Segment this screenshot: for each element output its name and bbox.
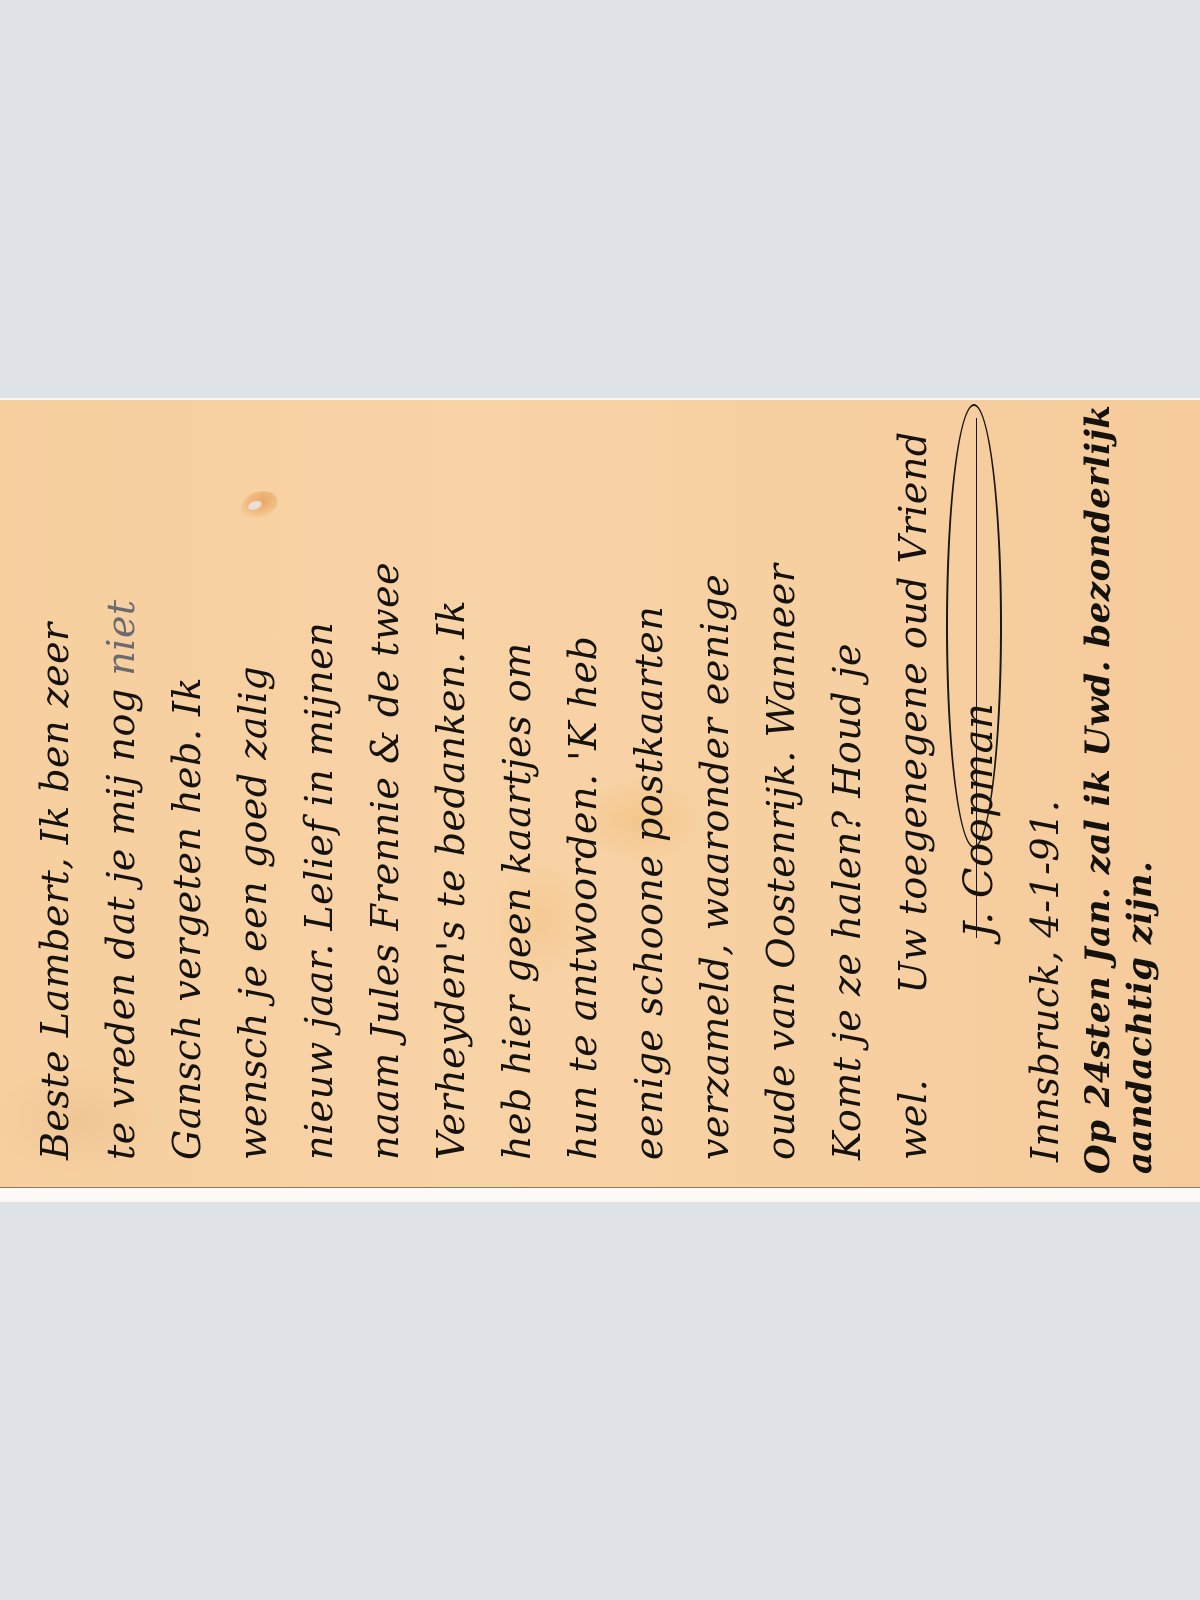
letter-line: Beste Lambert, Ik ben zeer — [22, 400, 88, 1188]
line-text: nieuw jaar. Lelief in mijnen — [297, 622, 341, 1160]
letter-body: Beste Lambert, Ik ben zeer te vreden dat… — [22, 400, 1162, 1188]
line-text: Beste Lambert, Ik ben zeer — [33, 622, 77, 1160]
place-date: Innsbruck, 4-1-91. — [1023, 800, 1067, 1162]
line-text: oude van Oostenrijk. Wanneer — [759, 564, 803, 1160]
place-date-line: Innsbruck, 4-1-91. — [1012, 400, 1078, 1188]
faded-word: niet — [99, 599, 143, 675]
letter-line: Komt je ze halen? Houd je — [814, 400, 880, 1188]
postscript-line: aandachtig zijn. — [1118, 400, 1162, 1188]
closing-word: wel. — [891, 1079, 935, 1160]
handwritten-text-area: Beste Lambert, Ik ben zeer te vreden dat… — [0, 400, 1200, 1188]
line-text: Gansch vergeten heb. Ik — [165, 677, 209, 1160]
letter-line: te vreden dat je mij nog niet — [88, 400, 154, 1188]
letter-line: wensch je een goed zalig — [220, 400, 286, 1188]
scan-frame: Beste Lambert, Ik ben zeer te vreden dat… — [0, 398, 1200, 1202]
letter-line: heb hier geen kaartjes om — [484, 400, 550, 1188]
letter-line: verzameld, waaronder eenige — [682, 400, 748, 1188]
signature-flourish — [946, 404, 1002, 848]
letter-line: Gansch vergeten heb. Ik — [154, 400, 220, 1188]
image-viewer: Beste Lambert, Ik ben zeer te vreden dat… — [0, 0, 1200, 1600]
closing-line: wel. Uw toegenegene oud Vriend — [880, 400, 946, 1188]
postscript-text: Op 24sten Jan. zal ik Uwd. bezonderlijk — [1078, 405, 1118, 1174]
line-text: hun te antwoorden. 'K heb — [561, 636, 605, 1160]
signature-line: J. Coopman — [946, 400, 1012, 1188]
line-text: heb hier geen kaartjes om — [495, 642, 539, 1160]
line-text: Verheyden's te bedanken. Ik — [429, 600, 473, 1160]
line-text: Komt je ze halen? Houd je — [825, 643, 869, 1160]
line-text: eenige schoone postkaarten — [627, 606, 671, 1160]
letter-line: Verheyden's te bedanken. Ik — [418, 400, 484, 1188]
closing-text: Uw toegenegene oud Vriend — [891, 431, 935, 993]
letter-line: naam Jules Frennie & de twee — [352, 400, 418, 1188]
line-text: wensch je een goed zalig — [231, 666, 275, 1160]
postcard: Beste Lambert, Ik ben zeer te vreden dat… — [0, 400, 1200, 1188]
letter-line: oude van Oostenrijk. Wanneer — [748, 400, 814, 1188]
line-text: te vreden dat je mij nog — [99, 676, 143, 1160]
letter-line: nieuw jaar. Lelief in mijnen — [286, 400, 352, 1188]
letter-line: eenige schoone postkaarten — [616, 400, 682, 1188]
line-text: naam Jules Frennie & de twee — [363, 562, 407, 1160]
line-text: verzameld, waaronder eenige — [693, 574, 737, 1160]
letter-line: hun te antwoorden. 'K heb — [550, 400, 616, 1188]
postscript-line: Op 24sten Jan. zal ik Uwd. bezonderlijk — [1078, 400, 1118, 1188]
postscript-text: aandachtig zijn. — [1120, 861, 1160, 1174]
